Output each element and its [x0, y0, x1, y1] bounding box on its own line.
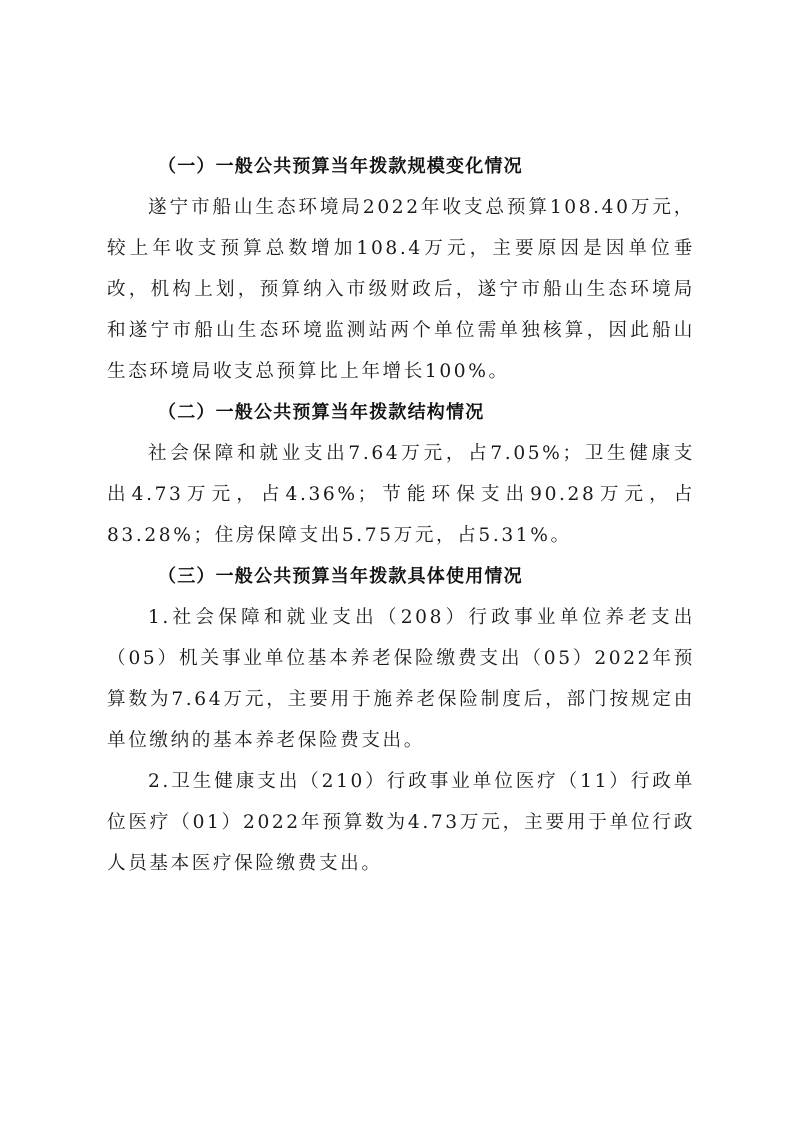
section-heading: （三）一般公共预算当年拨款具体使用情况	[107, 556, 695, 597]
section-heading: （一）一般公共预算当年拨款规模变化情况	[107, 146, 695, 187]
paragraph: 社会保障和就业支出7.64万元，占7.05%；卫生健康支出4.73万元，占4.3…	[107, 433, 695, 556]
section-budget-usage: （三）一般公共预算当年拨款具体使用情况 1.社会保障和就业支出（208）行政事业…	[107, 556, 695, 884]
section-budget-structure: （二）一般公共预算当年拨款结构情况 社会保障和就业支出7.64万元，占7.05%…	[107, 392, 695, 556]
paragraph: 遂宁市船山生态环境局2022年收支总预算108.40万元，较上年收支预算总数增加…	[107, 187, 695, 392]
document-page: （一）一般公共预算当年拨款规模变化情况 遂宁市船山生态环境局2022年收支总预算…	[107, 146, 695, 884]
section-budget-scale: （一）一般公共预算当年拨款规模变化情况 遂宁市船山生态环境局2022年收支总预算…	[107, 146, 695, 392]
section-heading: （二）一般公共预算当年拨款结构情况	[107, 392, 695, 433]
paragraph: 1.社会保障和就业支出（208）行政事业单位养老支出（05）机关事业单位基本养老…	[107, 597, 695, 761]
paragraph: 2.卫生健康支出（210）行政事业单位医疗（11）行政单位医疗（01）2022年…	[107, 761, 695, 884]
